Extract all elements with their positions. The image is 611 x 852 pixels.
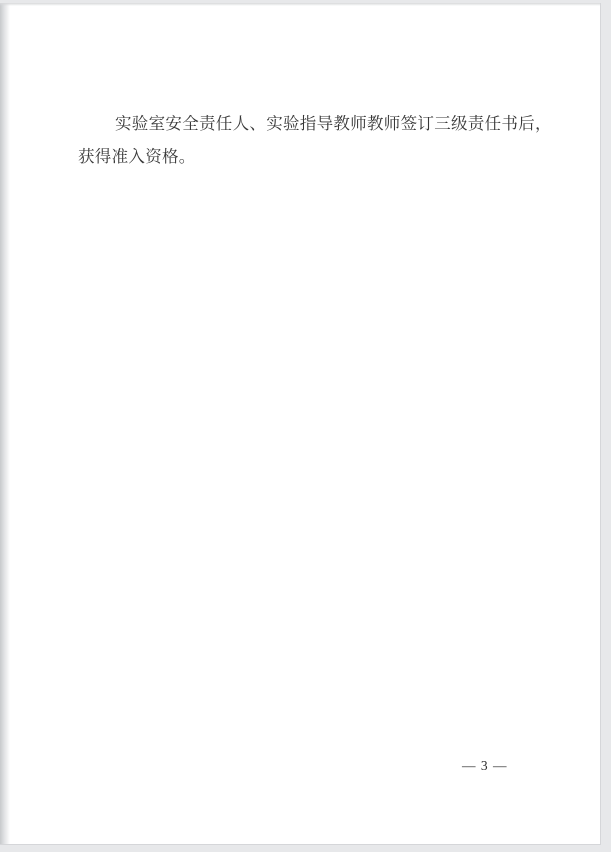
page-number: — 3 — xyxy=(462,757,508,775)
page-top-shadow xyxy=(0,3,600,6)
paragraph-line: 实验室安全责任人、实验指导教师教师签订三级责任书后， xyxy=(78,107,540,140)
paragraph-line: 获得准入资格。 xyxy=(78,140,540,173)
body-paragraph: 实验室安全责任人、实验指导教师教师签订三级责任书后， 获得准入资格。 xyxy=(78,107,540,173)
page-left-shadow xyxy=(0,3,10,844)
document-page: 实验室安全责任人、实验指导教师教师签订三级责任书后， 获得准入资格。 — 3 — xyxy=(0,3,601,845)
